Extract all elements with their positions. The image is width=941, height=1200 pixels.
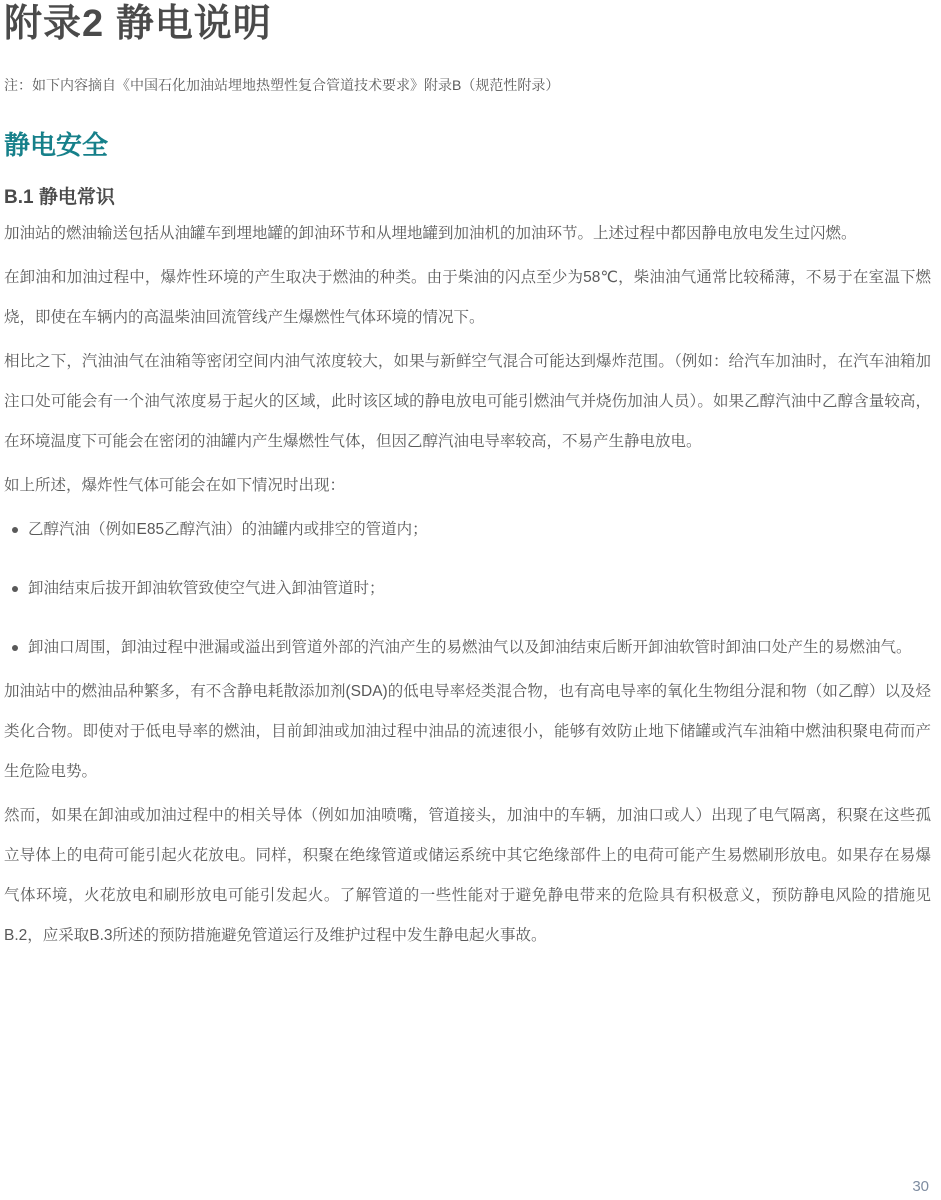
page-title: 附录2 静电说明 — [4, 2, 931, 48]
bullet-icon — [12, 527, 18, 533]
paragraph-fuel-transfer: 加油站的燃油输送包括从油罐车到埋地罐的卸油环节和从埋地罐到加油机的加油环节。上述… — [4, 214, 931, 254]
paragraph-fuel-varieties: 加油站中的燃油品种繁多，有不含静电耗散添加剂(SDA)的低电导率烃类混合物，也有… — [4, 672, 931, 792]
document-page: 附录2 静电说明 注：如下内容摘自《中国石化加油站埋地热塑性复合管道技术要求》附… — [0, 0, 941, 956]
source-note: 注：如下内容摘自《中国石化加油站埋地热塑性复合管道技术要求》附录B（规范性附录） — [4, 75, 931, 95]
paragraph-spark-discharge: 然而，如果在卸油或加油过程中的相关导体（例如加油喷嘴，管道接头，加油中的车辆，加… — [4, 796, 931, 956]
list-item-text: 乙醇汽油（例如E85乙醇汽油）的油罐内或排空的管道内； — [28, 521, 428, 538]
paragraph-gasoline-vapor: 相比之下，汽油油气在油箱等密闭空间内油气浓度较大，如果与新鲜空气混合可能达到爆炸… — [4, 342, 931, 462]
paragraph-diesel-flashpoint: 在卸油和加油过程中，爆炸性环境的产生取决于燃油的种类。由于柴油的闪点至少为58℃… — [4, 258, 931, 338]
list-item: 卸油口周围，卸油过程中泄漏或溢出到管道外部的汽油产生的易燃油气以及卸油结束后断开… — [4, 628, 931, 668]
bullet-list: 乙醇汽油（例如E85乙醇汽油）的油罐内或排空的管道内； 卸油结束后拔开卸油软管致… — [4, 510, 931, 668]
bullet-icon — [12, 586, 18, 592]
bullet-icon — [12, 645, 18, 651]
section-heading: 静电安全 — [4, 130, 931, 161]
subsection-heading: B.1 静电常识 — [4, 187, 931, 210]
paragraph-list-intro: 如上所述，爆炸性气体可能会在如下情况时出现： — [4, 466, 931, 506]
list-item: 乙醇汽油（例如E85乙醇汽油）的油罐内或排空的管道内； — [4, 510, 931, 550]
page-number: 30 — [912, 1178, 929, 1195]
list-item-text: 卸油结束后拔开卸油软管致使空气进入卸油管道时； — [28, 580, 385, 597]
list-item-text: 卸油口周围，卸油过程中泄漏或溢出到管道外部的汽油产生的易燃油气以及卸油结束后断开… — [28, 639, 912, 656]
list-item: 卸油结束后拔开卸油软管致使空气进入卸油管道时； — [4, 569, 931, 609]
